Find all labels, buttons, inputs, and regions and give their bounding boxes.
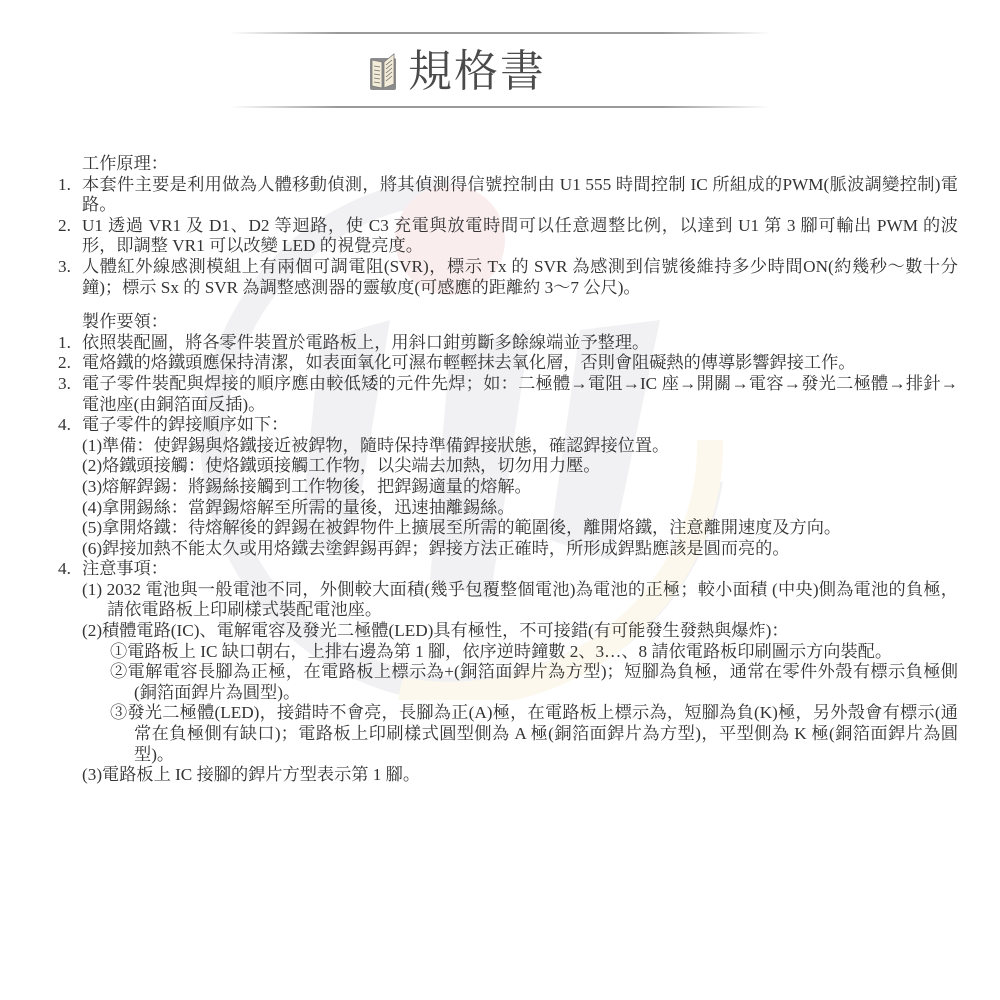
procedure-item: 1. 依照裝配圖，將各零件裝置於電路板上，用斜口鉗剪斷多餘線端並予整理。 xyxy=(58,333,958,354)
procedure-item: 2. 電烙鐵的烙鐵頭應保持清潔，如表面氧化可濕布輕輕抹去氧化層，否則會阻礙熱的傳… xyxy=(58,353,958,374)
section-title-principle: 工作原理： xyxy=(58,154,958,175)
notes-heading: 4. 注意事項： xyxy=(58,559,958,580)
polarity-note: ②電解電容長腳為正極，在電路板上標示為+(銅箔面銲片為方型)；短腳為負極，通常在… xyxy=(58,662,958,703)
section-title-procedure: 製作要領： xyxy=(58,312,958,333)
solder-step: (5)拿開烙鐵：待熔解後的銲錫在被銲物件上擴展至所需的範圍後，離開烙鐵，注意離開… xyxy=(58,518,958,539)
solder-step: (3)熔解銲錫：將錫絲接觸到工作物後，把銲錫適量的熔解。 xyxy=(58,477,958,498)
spec-content: 工作原理： 1. 本套件主要是利用做為人體移動偵測，將其偵測得信號控制由 U1 … xyxy=(58,154,958,786)
principle-item: 2. U1 透過 VR1 及 D1、D2 等迴路，使 C3 充電與放電時間可以任… xyxy=(58,216,958,257)
procedure-item: 3. 電子零件裝配與焊接的順序應由較低矮的元件先焊；如：二極體→電阻→IC 座→… xyxy=(58,374,958,415)
solder-step: (4)拿開錫絲：當銲錫熔解至所需的量後，迅速抽離錫絲。 xyxy=(58,498,958,519)
solder-step: (2)烙鐵頭接觸：使烙鐵頭接觸工作物，以尖端去加熱，切勿用力壓。 xyxy=(58,456,958,477)
note-item: (2)積體電路(IC)、電解電容及發光二極體(LED)具有極性，不可接錯(有可能… xyxy=(58,621,958,642)
header: 規格書 xyxy=(0,0,1000,120)
solder-step: (6)銲接加熱不能太久或用烙鐵去塗銲錫再銲；銲接方法正確時，所形成銲點應該是圓而… xyxy=(58,539,958,560)
principle-item: 1. 本套件主要是利用做為人體移動偵測，將其偵測得信號控制由 U1 555 時間… xyxy=(58,175,958,216)
title-block: 規格書 xyxy=(370,44,546,100)
header-bottom-rule xyxy=(230,106,770,108)
header-top-rule xyxy=(230,32,770,34)
note-item: (3)電路板上 IC 接腳的銲片方型表示第 1 腳。 xyxy=(58,765,958,786)
page-title: 規格書 xyxy=(408,44,546,100)
polarity-note: ①電路板上 IC 缺口朝右，上排右邊為第 1 腳，依序逆時鐘數 2、3…、8 請… xyxy=(58,642,958,663)
polarity-note: ③發光二極體(LED)，接錯時不會亮，長腳為正(A)極，在電路板上標示為，短腳為… xyxy=(58,703,958,765)
procedure-item: 4. 電子零件的銲接順序如下： xyxy=(58,415,958,436)
solder-step: (1)準備：使銲錫與烙鐵接近被銲物，隨時保持準備銲接狀態，確認銲接位置。 xyxy=(58,436,958,457)
open-book-icon xyxy=(370,52,396,92)
note-item: (1) 2032 電池與一般電池不同，外側較大面積(幾乎包覆整個電池)為電池的正… xyxy=(58,580,958,621)
principle-item: 3. 人體紅外線感測模組上有兩個可調電阻(SVR)，標示 Tx 的 SVR 為感… xyxy=(58,257,958,298)
